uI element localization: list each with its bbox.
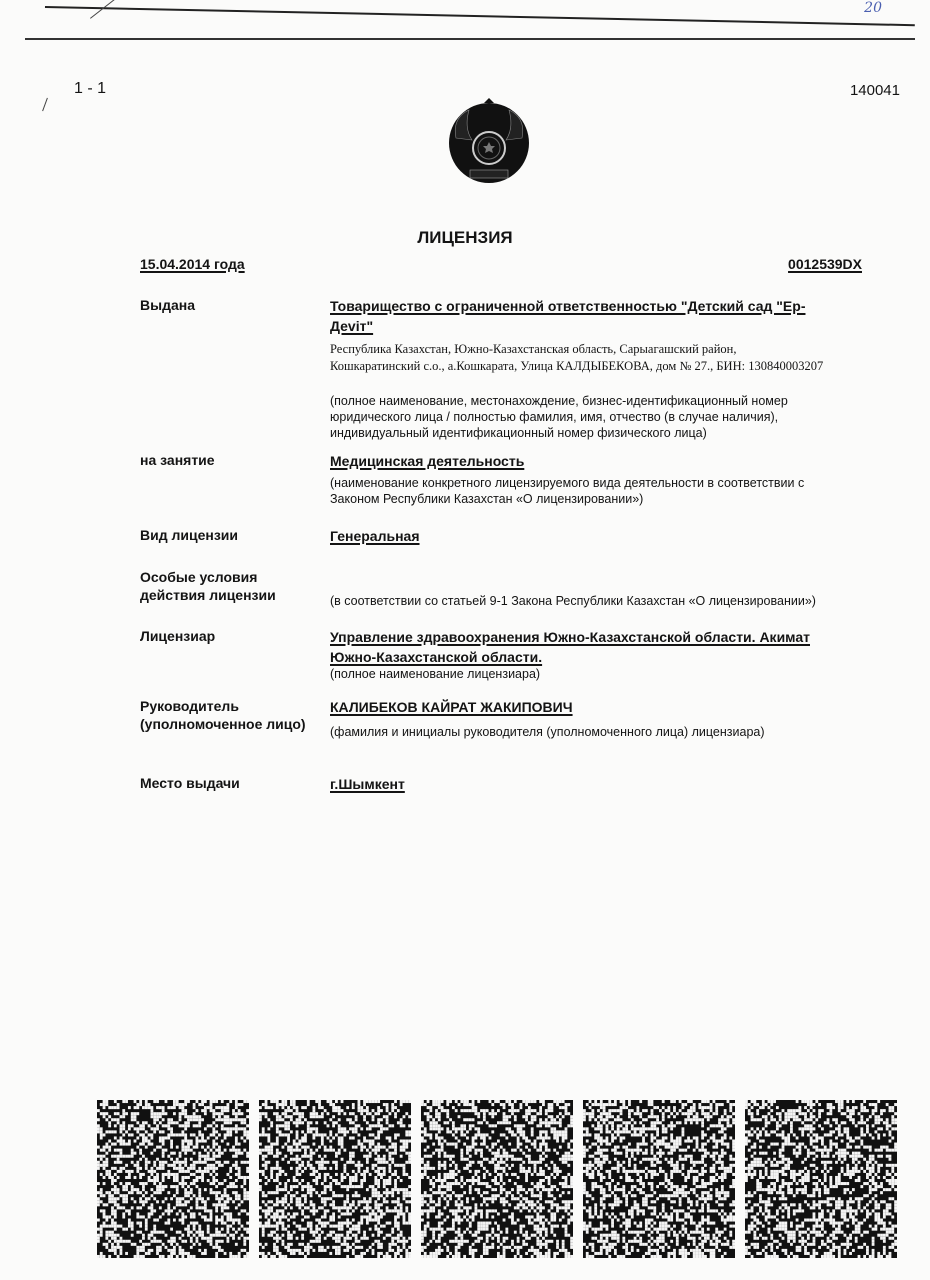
pen-mark [42, 98, 48, 111]
note-line3: индивидуальный идентификационный номер ф… [330, 425, 870, 441]
border-line [25, 38, 915, 40]
label-line1: Особые условия [140, 568, 276, 586]
activity-note: (наименование конкретного лицензируемого… [330, 475, 870, 507]
special-conditions-note: (в соответствии со статьей 9-1 Закона Ре… [330, 593, 870, 609]
issued-to-note: (полное наименование, местонахождение, б… [330, 393, 870, 441]
note-line2: юридического лица / полностью фамилия, и… [330, 409, 870, 425]
licensor-line1: Управление здравоохранения Южно-Казахста… [330, 627, 870, 647]
2d-barcode-icon [745, 1100, 897, 1258]
note-line1: (полное наименование, местонахождение, б… [330, 393, 870, 409]
licensor-line2: Южно-Казахстанской области. [330, 647, 870, 667]
document-title: ЛИЦЕНЗИЯ [0, 228, 930, 248]
issued-to-line2: Деvіт" [330, 316, 870, 336]
head-value: КАЛИБЕКОВ КАЙРАТ ЖАКИПОВИЧ [330, 697, 870, 717]
activity-value: Медицинская деятельность [330, 451, 870, 471]
address-line2: Кошкаратинский с.о., а.Кошкарата, Улица … [330, 358, 890, 375]
issued-to-line1: Товарищество с ограниченной ответственно… [330, 296, 870, 316]
document-number: 140041 [850, 82, 900, 99]
2d-barcode-icon [421, 1100, 573, 1258]
head-label: Руководитель (уполномоченное лицо) [140, 697, 306, 733]
place-label: Место выдачи [140, 774, 240, 792]
activity-label: на занятие [140, 451, 215, 469]
head-note: (фамилия и инициалы руководителя (уполно… [330, 724, 870, 740]
border-line-top [45, 6, 915, 26]
special-conditions-label: Особые условия действия лицензии [140, 568, 276, 604]
license-number: 0012539DX [788, 256, 862, 272]
handwritten-page-number: 20 [864, 0, 882, 16]
2d-barcode-icon [583, 1100, 735, 1258]
issued-to-value: Товарищество с ограниченной ответственно… [330, 296, 870, 336]
licensor-label: Лицензиар [140, 627, 215, 645]
address-line1: Республика Казахстан, Южно-Казахстанская… [330, 341, 890, 358]
barcode-row [97, 1100, 897, 1260]
note-line2: Законом Республики Казахстан «О лицензир… [330, 491, 870, 507]
kazakhstan-state-emblem-icon [444, 98, 534, 188]
label-line2: действия лицензии [140, 586, 276, 604]
label-line1: Руководитель [140, 697, 306, 715]
license-type-label: Вид лицензии [140, 526, 238, 544]
license-type-value: Генеральная [330, 526, 870, 546]
note-line1: (наименование конкретного лицензируемого… [330, 475, 870, 491]
issued-to-label: Выдана [140, 296, 195, 314]
2d-barcode-icon [259, 1100, 411, 1258]
licensor-value: Управление здравоохранения Южно-Казахста… [330, 627, 870, 667]
place-value: г.Шымкент [330, 774, 870, 794]
licensor-note: (полное наименование лицензиара) [330, 666, 870, 682]
label-line2: (уполномоченное лицо) [140, 715, 306, 733]
2d-barcode-icon [97, 1100, 249, 1258]
page-number: 1 - 1 [74, 80, 106, 98]
issued-to-address: Республика Казахстан, Южно-Казахстанская… [330, 341, 890, 375]
issue-date: 15.04.2014 года [140, 256, 245, 272]
